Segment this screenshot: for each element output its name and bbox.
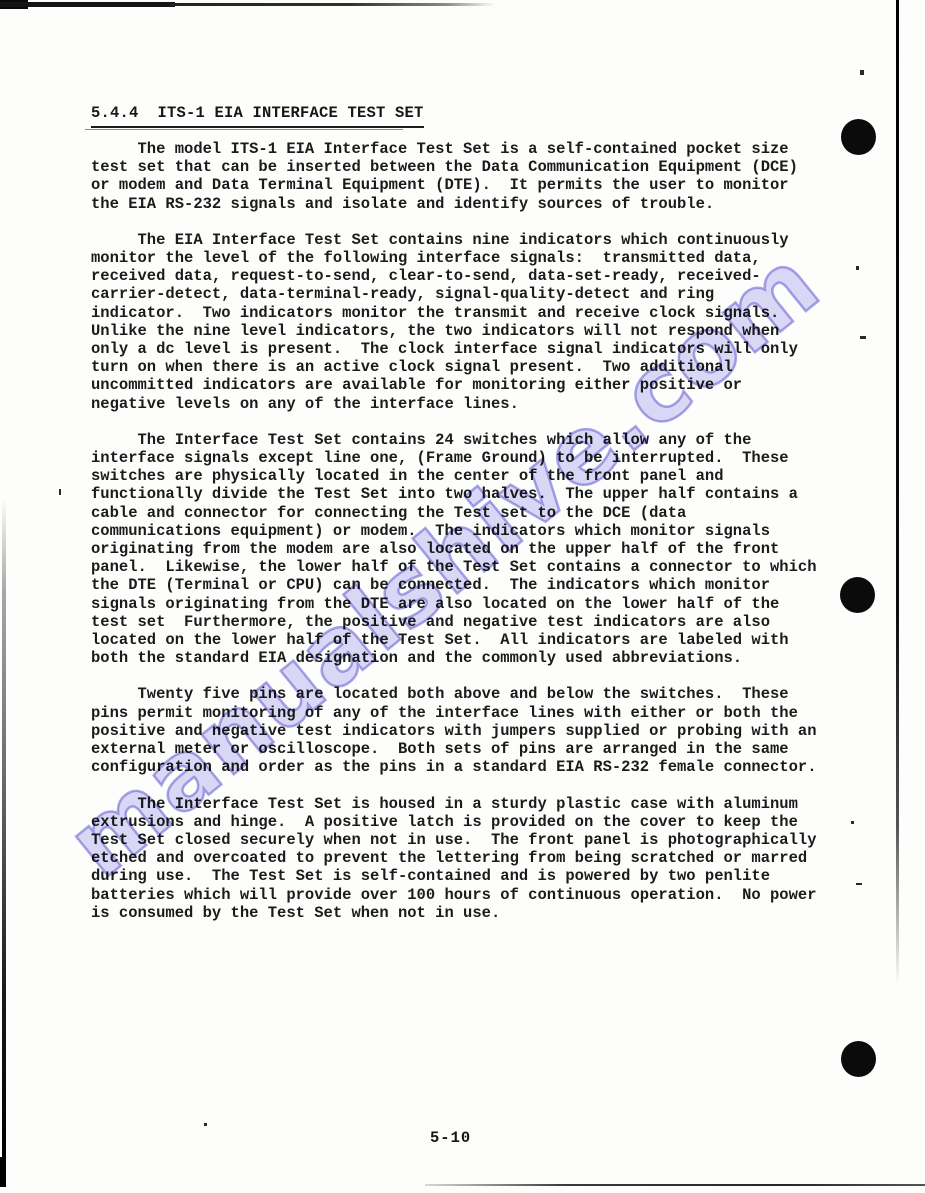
body-paragraph: Twenty five pins are located both above …: [91, 685, 851, 776]
body-paragraph: The Interface Test Set is housed in a st…: [91, 795, 851, 922]
text-column: 5.4.4 ITS-1 EIA INTERFACE TEST SET The m…: [91, 104, 851, 940]
scan-edge-bottom-left-block: [0, 1157, 6, 1187]
scan-speck: [59, 489, 61, 495]
scanned-manual-page: 5.4.4 ITS-1 EIA INTERFACE TEST SET The m…: [0, 0, 925, 1193]
scan-speck: [204, 1123, 207, 1126]
body-paragraph: The model ITS-1 EIA Interface Test Set i…: [91, 140, 851, 213]
hole-punch-mark: [841, 119, 876, 155]
section-heading: 5.4.4 ITS-1 EIA INTERFACE TEST SET: [91, 104, 424, 128]
scan-edge-bottom-line: [425, 1184, 925, 1186]
scan-speck: [851, 821, 854, 824]
hole-punch-mark: [840, 577, 875, 613]
scan-edge-top-bar: [0, 2, 175, 7]
body-paragraph: The EIA Interface Test Set contains nine…: [91, 231, 851, 413]
hole-punch-mark: [841, 1041, 876, 1077]
page-number: 5-10: [430, 1129, 471, 1147]
body-paragraph: The Interface Test Set contains 24 switc…: [91, 431, 851, 668]
scan-edge-top-line: [170, 3, 495, 6]
scan-edge-right-line: [896, 0, 899, 985]
scan-speck: [856, 266, 859, 270]
scan-speck: [860, 336, 866, 339]
scan-speck: [860, 70, 864, 75]
scan-edge-left-line: [2, 498, 6, 1160]
scan-speck: [856, 883, 862, 885]
